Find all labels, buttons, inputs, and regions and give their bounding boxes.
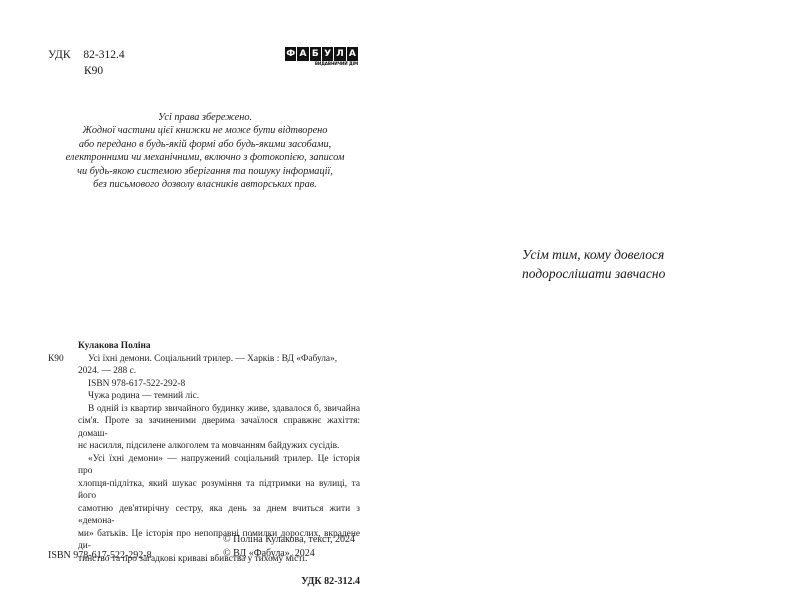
publisher-logo: Ф А Б У Л А ВИДАВНИЧИЙ ДІМ: [285, 47, 358, 67]
catalog-udk: УДК 82-312.4: [78, 576, 360, 589]
logo-subtitle: ВИДАВНИЧИЙ ДІМ: [285, 62, 358, 67]
rights-line: Жодної частини цієї книжки не може бути …: [60, 124, 350, 137]
copyright-line: © Поліна Кулакова, текст, 2024: [223, 533, 355, 547]
author-cipher: К90: [48, 63, 125, 79]
logo-letter: А: [297, 47, 308, 61]
rights-notice: Усі права збережено. Жодної частини цієї…: [60, 111, 350, 191]
catalog-cipher: К90: [48, 353, 64, 366]
copyright-line: © ВД «Фабула», 2024: [223, 547, 355, 561]
catalog-tagline: Чужа родина — темний ліс.: [78, 390, 360, 403]
annotation-line: В одній із квартир звичайного будинку жи…: [78, 403, 360, 416]
rights-line: або передано в будь-якій формі або будь-…: [60, 138, 350, 151]
annotation-line: сім'я. Проте за зачиненими дверима зачаї…: [78, 415, 360, 440]
dedication: Усім тим, кому довелося подорослішати за…: [522, 245, 665, 283]
udk-label: УДК: [48, 49, 71, 61]
logo-letter: У: [322, 47, 333, 61]
logo-letter: Б: [310, 47, 321, 61]
rights-line: Усі права збережено.: [60, 111, 350, 124]
annotation-line: хлопця-підлітка, який шукає розуміння та…: [78, 478, 360, 503]
catalog-title: Усі їхні демони. Соціальний трилер. — Ха…: [78, 353, 360, 366]
annotation-line: самотню дев'ятирічну сестру, яка день за…: [78, 503, 360, 528]
catalog-author: Кулакова Поліна: [48, 340, 360, 353]
rights-line: електронними чи механічними, включно з ф…: [60, 151, 350, 164]
catalog-isbn: ISBN 978-617-522-292-8: [78, 378, 360, 391]
annotation-line: нє насилля, підсилене алкоголем та мовча…: [78, 440, 360, 453]
catalog-title-cont: 2024. — 288 с.: [78, 365, 360, 378]
logo-letter: Ф: [285, 47, 296, 61]
logo-tiles: Ф А Б У Л А: [285, 47, 358, 61]
isbn-bottom: ISBN 978-617-522-292-8: [48, 550, 152, 561]
logo-letter: А: [347, 47, 358, 61]
dedication-line: подорослішати завчасно: [522, 264, 665, 283]
rights-line: без письмового дозволу власників авторсь…: [60, 178, 350, 191]
copyright-block: © Поліна Кулакова, текст, 2024 © ВД «Фаб…: [223, 533, 355, 560]
rights-line: чи будь-якою системою зберігання та пошу…: [60, 165, 350, 178]
dedication-line: Усім тим, кому довелося: [522, 245, 665, 264]
logo-letter: Л: [334, 47, 345, 61]
udk-header: УДК 82-312.4 К90: [48, 47, 125, 79]
udk-code: 82-312.4: [83, 47, 124, 63]
annotation-line: «Усі їхні демони» — напружений соціальни…: [78, 453, 360, 478]
